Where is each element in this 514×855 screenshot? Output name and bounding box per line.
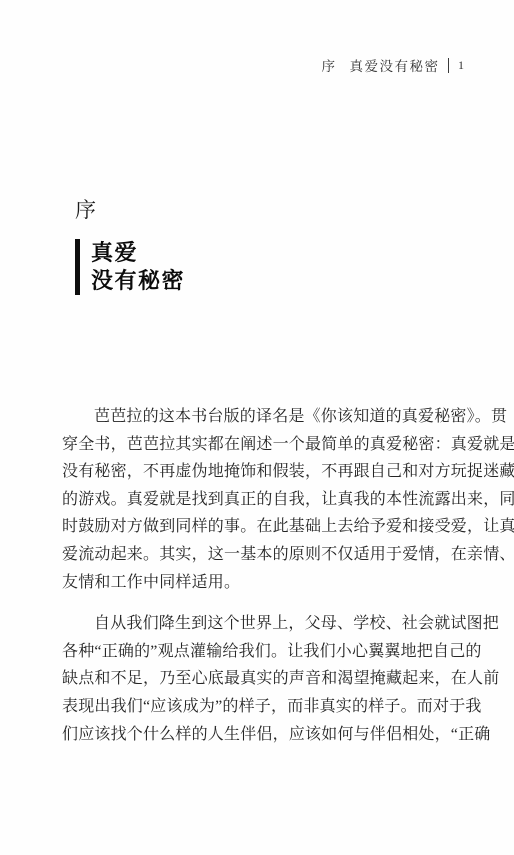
page-number: 1 — [458, 58, 464, 73]
running-header-book-title: 真爱没有秘密 — [350, 55, 440, 75]
body-line: 表现出我们“应该成为”的样子，而非真实的样子。而对于我 — [62, 693, 457, 721]
chapter-title-line-1: 真爱 — [91, 239, 185, 267]
title-accent-bar — [75, 239, 80, 295]
chapter-title: 真爱 没有秘密 — [91, 239, 185, 295]
chapter-heading: 序 — [75, 194, 98, 224]
body-line: 的游戏。真爱就是找到真正的自我，让真我的本性流露出来，同 — [62, 486, 457, 514]
body-line: 各种“正确的”观点灌输给我们。让我们小心翼翼地把自己的 — [62, 638, 457, 666]
body-line: 缺点和不足，乃至心底最真实的声音和渴望掩藏起来，在人前 — [62, 665, 457, 693]
body-line: 们应该找个什么样的人生伴侣，应该如何与伴侣相处，“正确 — [62, 721, 457, 749]
body-line: 爱流动起来。其实，这一基本的原则不仅适用于爱情，在亲情、 — [62, 541, 457, 569]
running-header-section: 序 — [322, 55, 337, 75]
paragraph-2: 自从我们降生到这个世界上，父母、学校、社会就试图把 各种“正确的”观点灌输给我们… — [62, 610, 457, 748]
body-line: 友情和工作中同样适用。 — [62, 569, 457, 597]
body-line: 自从我们降生到这个世界上，父母、学校、社会就试图把 — [62, 610, 457, 638]
body-text: 芭芭拉的这本书台版的译名是《你该知道的真爱秘密》。贯 穿全书，芭芭拉其实都在阐述… — [62, 403, 457, 748]
body-line: 没有秘密，不再虚伪地掩饰和假装，不再跟自己和对方玩捉迷藏 — [62, 458, 457, 486]
body-line: 时鼓励对方做到同样的事。在此基础上去给予爱和接受爱，让真 — [62, 513, 457, 541]
header-divider-bar — [448, 58, 450, 73]
chapter-title-line-2: 没有秘密 — [91, 267, 185, 295]
title-block: 真爱 没有秘密 — [75, 239, 185, 295]
running-header: 序 真爱没有秘密 1 — [322, 55, 465, 75]
body-line: 芭芭拉的这本书台版的译名是《你该知道的真爱秘密》。贯 — [62, 403, 457, 431]
paragraph-1: 芭芭拉的这本书台版的译名是《你该知道的真爱秘密》。贯 穿全书，芭芭拉其实都在阐述… — [62, 403, 457, 596]
book-page: 序 真爱没有秘密 1 序 真爱 没有秘密 芭芭拉的这本书台版的译名是《你该知道的… — [0, 0, 514, 855]
body-line: 穿全书，芭芭拉其实都在阐述一个最简单的真爱秘密：真爱就是 — [62, 431, 457, 459]
